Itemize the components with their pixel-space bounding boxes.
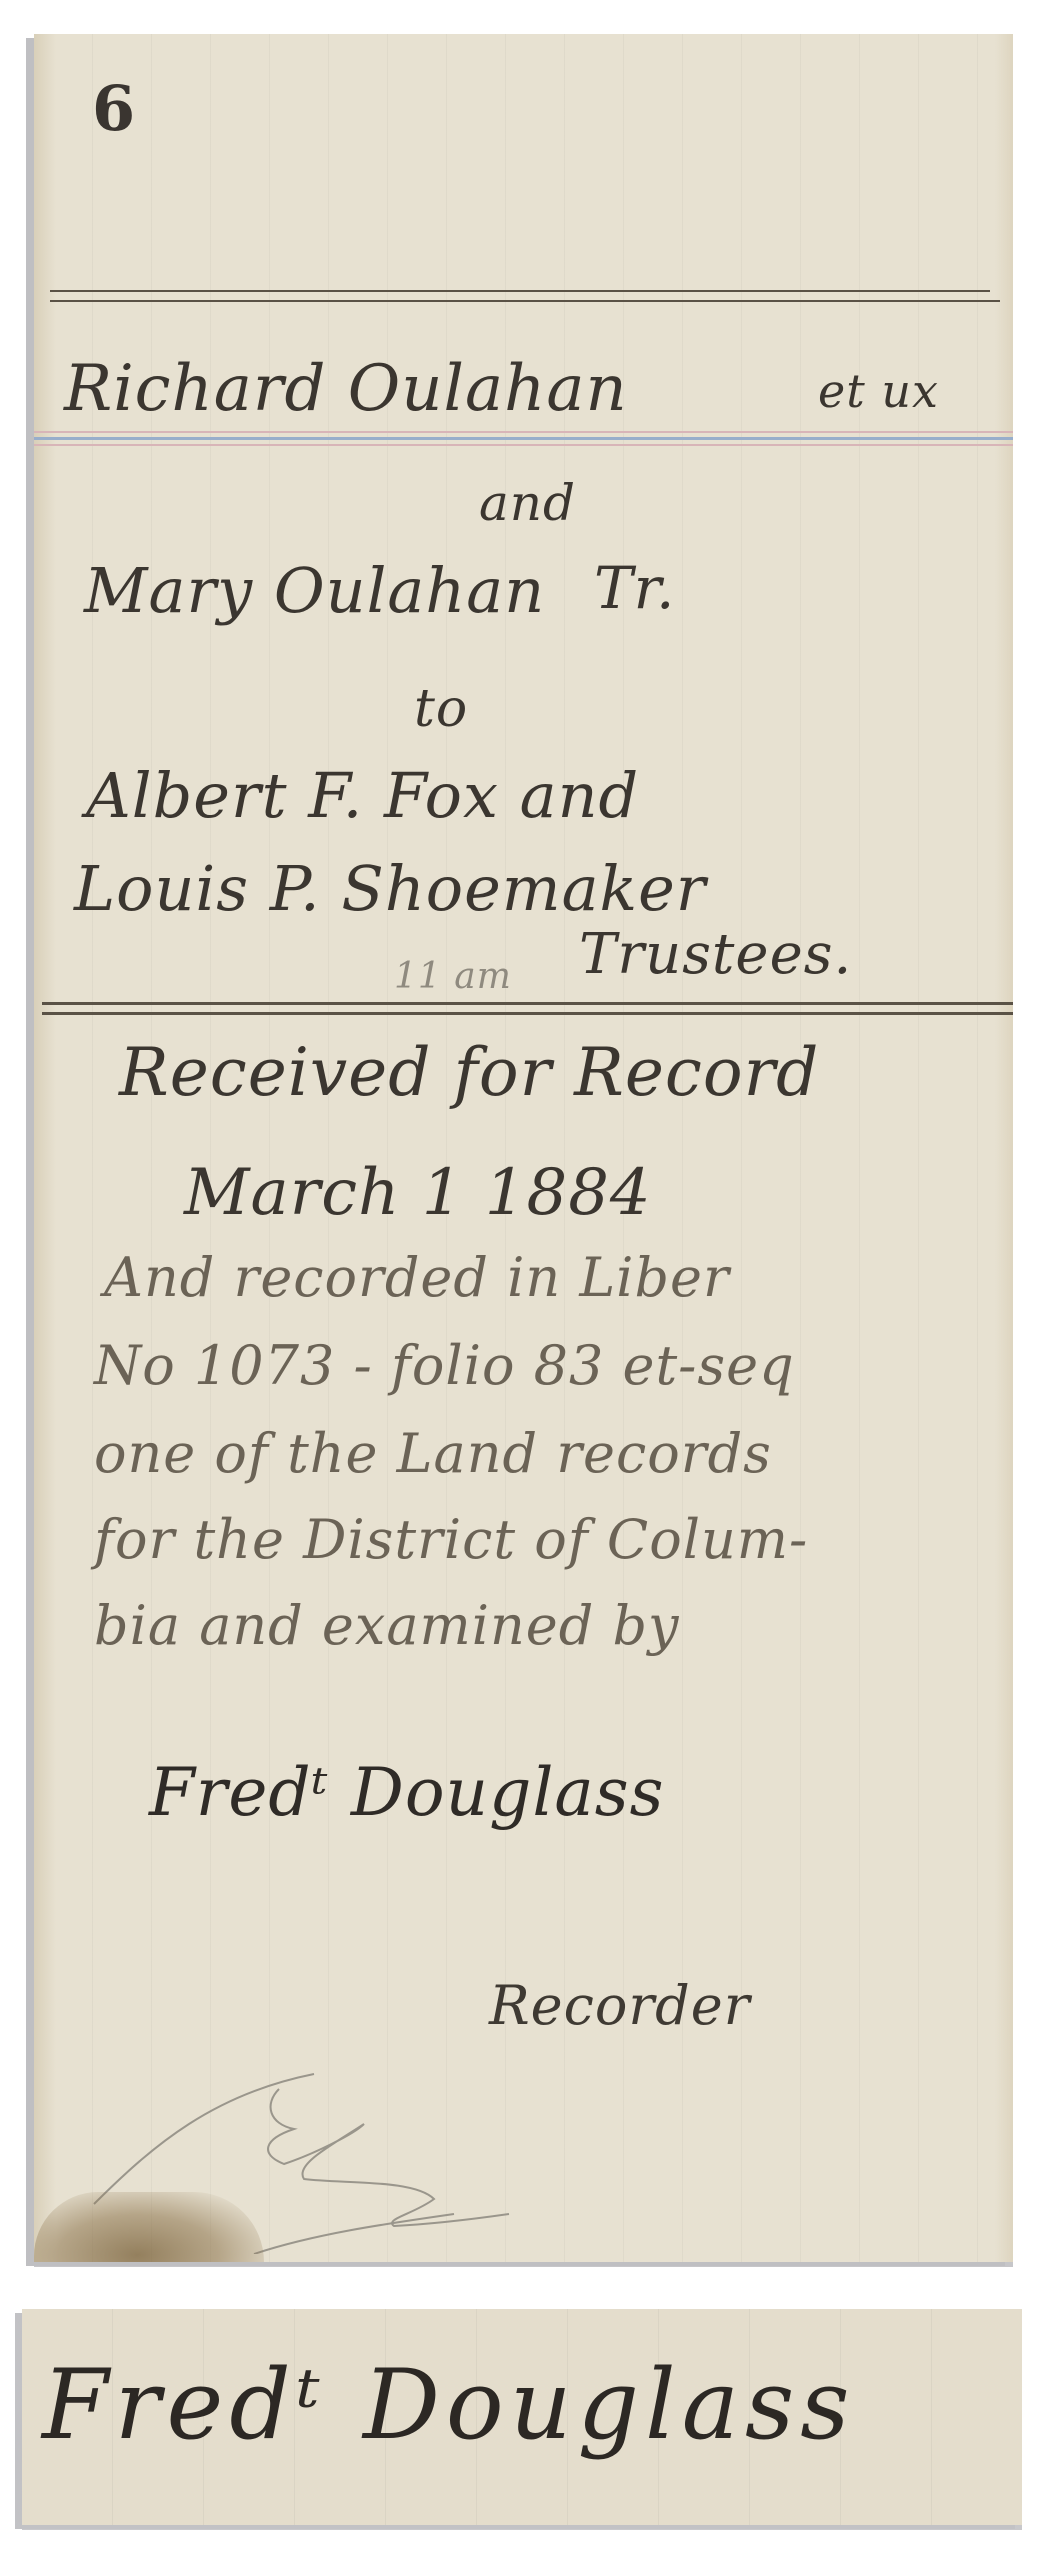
recording-date: March 1 1884: [184, 1156, 652, 1230]
recording-line: And recorded in Liber: [104, 1246, 730, 1309]
water-stain: [34, 2192, 264, 2262]
section-rule-lower: [42, 1012, 1013, 1015]
conjunction-to: to: [414, 679, 468, 739]
grantor-suffix: et ux: [818, 364, 939, 418]
header-rule-upper: [50, 290, 990, 292]
signer-title: Recorder: [489, 1974, 751, 2037]
header-rule-lower: [50, 300, 1000, 302]
inset-signature: Fredᵗ Douglass: [42, 2349, 855, 2461]
time-note: 11 am: [394, 956, 512, 997]
signature-inset: Fredᵗ Douglass: [22, 2309, 1022, 2525]
conjunction-and: and: [479, 474, 576, 532]
grantee-line-2: Louis P. Shoemaker: [74, 852, 706, 925]
document-sheet: 6 Richard Oulahan et ux and Mary Oulahan…: [34, 34, 1013, 2262]
ledger-rule-pink-upper: [34, 431, 1013, 433]
ledger-rule-pink-lower: [34, 444, 1013, 446]
recorder-signature: Fredᵗ Douglass: [149, 1754, 665, 1831]
recording-line: bia and examined by: [94, 1594, 680, 1657]
section-rule-upper: [42, 1002, 1013, 1005]
co-grantor-suffix: Tr.: [594, 554, 675, 622]
recording-line: for the District of Colum-: [94, 1508, 808, 1571]
grantee-line-1: Albert F. Fox and: [86, 759, 639, 832]
grantee-role: Trustees.: [579, 922, 852, 987]
ledger-rule-blue: [34, 437, 1013, 440]
co-grantor-name: Mary Oulahan: [84, 554, 545, 627]
recording-line: No 1073 - folio 83 et-seq: [94, 1334, 795, 1397]
recording-heading: Received for Record: [119, 1034, 819, 1111]
recording-line: one of the Land records: [94, 1422, 772, 1485]
page-number: 6: [92, 72, 136, 145]
grantor-name: Richard Oulahan: [64, 352, 628, 426]
